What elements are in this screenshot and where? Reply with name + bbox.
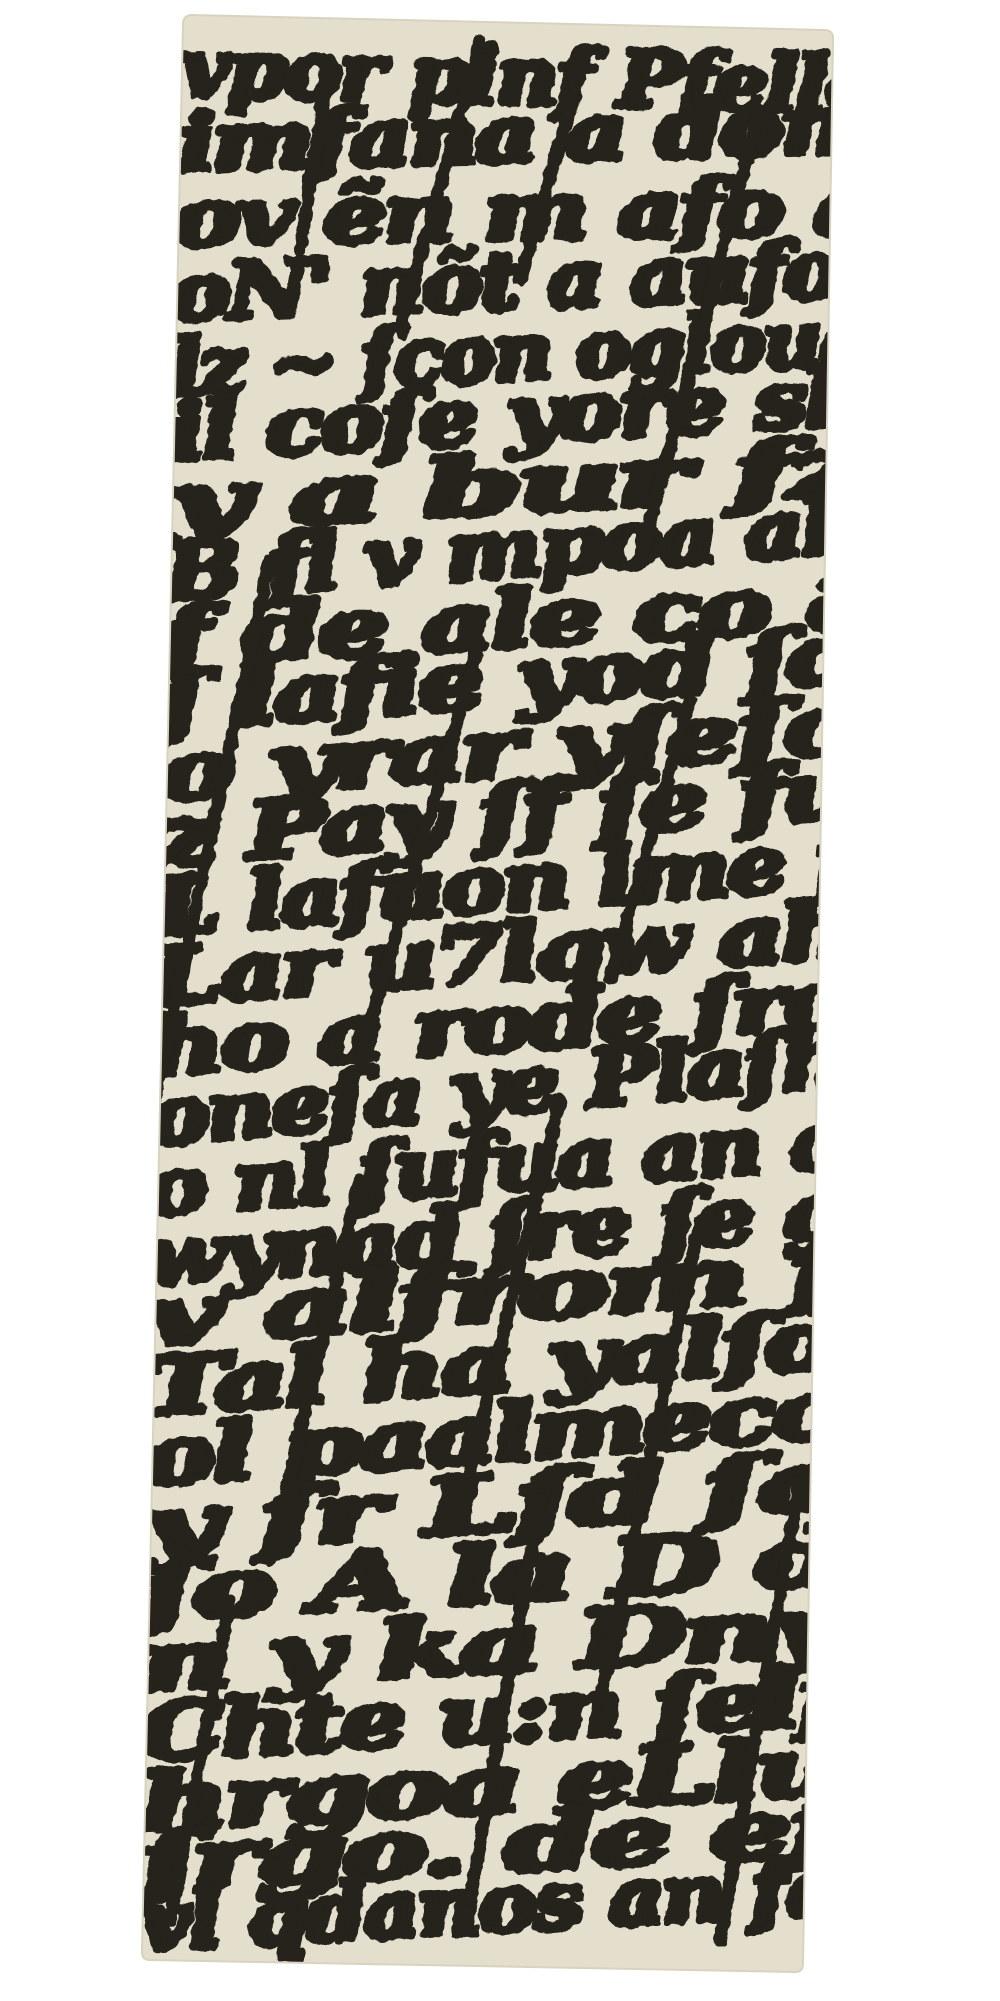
- rug-image: vpor pinf Pfelloimfana a domov ẽn m afo …: [0, 0, 1000, 2001]
- handwriting-pattern: vpor pinf Pfelloimfana a domov ẽn m afo …: [130, 23, 882, 1969]
